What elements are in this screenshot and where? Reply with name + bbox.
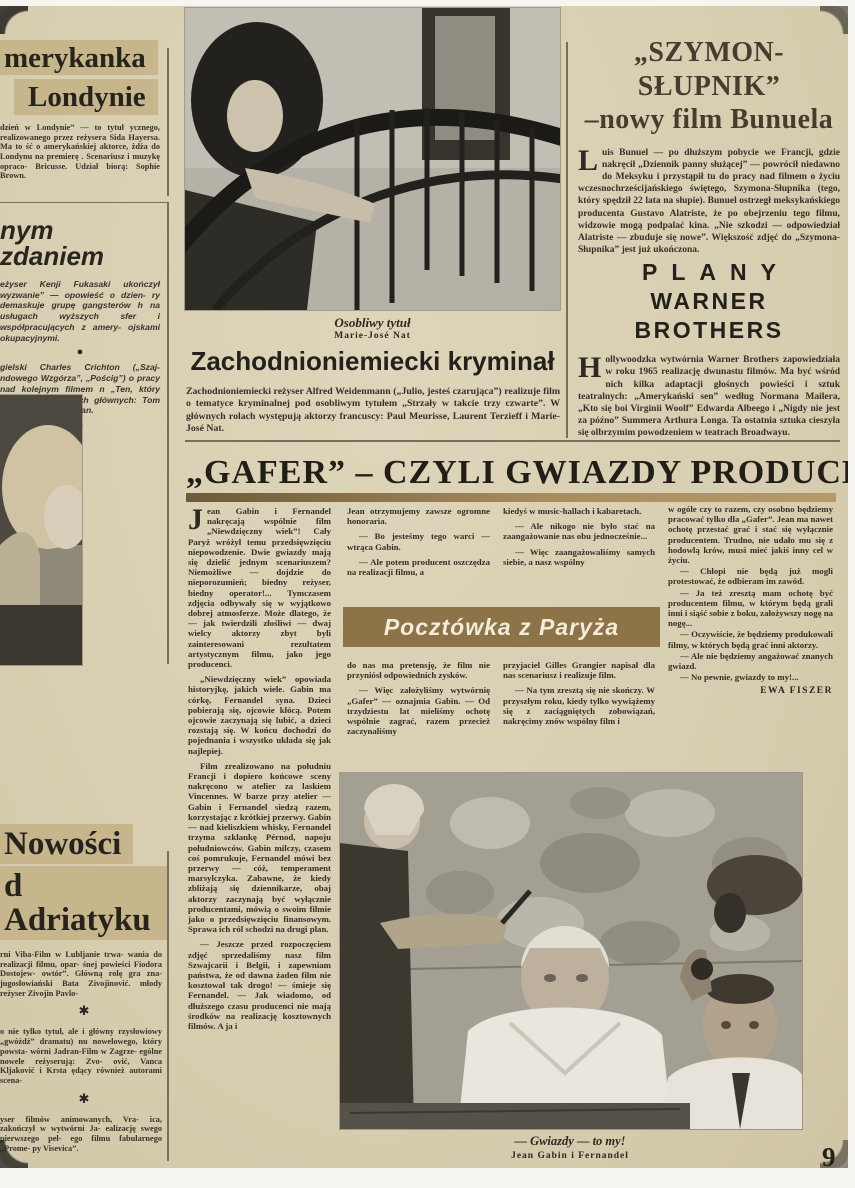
- headline-line: WARNER BROTHERS: [578, 287, 840, 345]
- article-body: yser filmów animowanych, Vra- ica, zakoń…: [0, 1115, 162, 1154]
- column-rule: [566, 42, 568, 438]
- badge-label: Pocztówka z Paryża: [384, 616, 619, 639]
- page-number: 9: [822, 1144, 836, 1168]
- column-rule: [167, 851, 169, 1161]
- article-text: ean Gabin i Fernandel nakręcają wspólnie…: [188, 506, 331, 669]
- photo-caption-name: Marie-José Nat: [185, 331, 560, 342]
- drop-cap: J: [188, 508, 203, 533]
- article-paragraph: w ogóle czy to razem, czy osobno będziem…: [668, 504, 833, 565]
- headline-line: –nowy film Bunuela: [578, 103, 840, 137]
- rubric-title: nym zdaniem: [0, 217, 160, 269]
- article-paragraph: — No pewnie, gwiazdy to my!...: [668, 672, 833, 682]
- gafer-column-1: Jean Gabin i Fernandel nakręcają wspólni…: [188, 506, 331, 1148]
- gafer-column-3-bottom: przyjaciel Gilles Grangier napisał dla n…: [503, 660, 655, 770]
- article-paragraph: przyjaciel Gilles Grangier napisał dla n…: [503, 660, 655, 680]
- star-separator: ✱: [0, 1092, 168, 1105]
- article-body: Hollywoodzka wytwórnia Warner Brothers z…: [578, 354, 840, 439]
- article-paragraph: — Na tym zresztą się nie skończy. W przy…: [503, 685, 655, 726]
- article-paragraph: — Chłopi nie będą już mogli protestować,…: [668, 566, 833, 586]
- gafer-column-2-top: Jean otrzymujemy zawsze ogromne honorari…: [347, 506, 490, 604]
- scanned-magazine-page: merykanka Londynie dzień w Londynie” — t…: [0, 6, 848, 1168]
- column-rule: [167, 48, 169, 196]
- article-text: uis Bunuel — po dłuższym pobycie we Fran…: [578, 148, 840, 255]
- article-paragraph: do nas ma pretensję, że film nie przynió…: [347, 660, 490, 680]
- drop-cap: L: [578, 149, 598, 174]
- article-paragraph: — Oczywiście, że będziemy produkowali fi…: [668, 629, 833, 649]
- article-title-line: merykanka: [0, 40, 158, 75]
- article-body: rni Viba-Film w Lubljanie trwa- wania do…: [0, 950, 162, 999]
- headline-line: „SZYMON-SŁUPNIK”: [578, 36, 840, 103]
- article-body: Zachodnioniemiecki reżyser Alfred Weiden…: [186, 386, 560, 435]
- photo-woman-profile: [0, 395, 82, 665]
- article-paragraph: — Więc założyliśmy wytwórnię „Gafer” — o…: [347, 685, 490, 736]
- article-body: dzień w Londynie” — to tytuł ycznego, re…: [0, 123, 160, 181]
- photo-caption-name: Jean Gabin i Fernandel: [420, 1150, 720, 1162]
- bullet-separator: ●: [0, 347, 160, 358]
- article-szymon-slupnik: „SZYMON-SŁUPNIK” –nowy film Bunuela Luis…: [578, 36, 840, 256]
- gafer-column-3-top: kiedyś w music-hallach i kabaretach. — A…: [503, 506, 655, 604]
- photo-caption-block: Osobliwy tytuł Marie-José Nat: [185, 315, 560, 342]
- gafer-column-4: w ogóle czy to razem, czy osobno będziem…: [668, 504, 833, 772]
- article-body: Luis Bunuel — po dłuższym pobycie we Fra…: [578, 147, 840, 256]
- star-separator: ✱: [0, 1004, 168, 1017]
- headline-line: PLANY: [578, 258, 840, 287]
- section-rule: [185, 440, 840, 442]
- photo-caption: — Gwiazdy — to my!: [420, 1134, 720, 1150]
- author-signature: EWA FISZER: [668, 686, 833, 697]
- article-paragraph: — Ja też zresztą mam ochotę być producen…: [668, 588, 833, 629]
- article-paragraph: — Więc zaangażowaliśmy samych siebie, a …: [503, 547, 655, 567]
- article-text: ollywoodzka wytwórnia Warner Brothers za…: [578, 355, 840, 438]
- article-title-line: Nowości: [0, 824, 133, 864]
- photo-woman-profile-art: [0, 395, 82, 665]
- article-paragraph: — Ale nikogo nie było stać na zaangażowa…: [503, 521, 655, 541]
- headline-underline-bar: [186, 493, 836, 502]
- drop-cap: H: [578, 356, 601, 381]
- article-nowosci-znad-adriatyku: Nowości d Adriatyku rni Viba-Film w Lubl…: [0, 824, 168, 1159]
- photo-caption-block: — Gwiazdy — to my! Jean Gabin i Fernande…: [420, 1134, 720, 1162]
- photo-marie-jose-nat: [185, 8, 560, 310]
- article-paragraph: kiedyś w music-hallach i kabaretach.: [503, 506, 655, 516]
- article-body: o nie tylko tytuł, ale i główny rzysłowi…: [0, 1027, 162, 1085]
- article-paragraph: „Niewdzięczny wiek” opowiada historyjkę,…: [188, 674, 331, 756]
- news-item: eżyser Kenji Fukasaki ukończył wyzwanie”…: [0, 279, 160, 343]
- headline-zachodnioniemiecki-kryminal: Zachodnioniemiecki kryminał: [185, 348, 560, 374]
- column-rule: [167, 202, 169, 664]
- article-title-line: Londynie: [14, 79, 158, 114]
- article-paragraph: — Bo jesteśmy tego warci — wtrąca Gabin.: [347, 531, 490, 551]
- article-paragraph: Jean otrzymujemy zawsze ogromne honorari…: [347, 506, 490, 526]
- rubric-badge-pocztowka-z-paryza: Pocztówka z Paryża: [343, 607, 660, 647]
- article-plany-warner-brothers: PLANY WARNER BROTHERS Hollywoodzka wytwó…: [578, 258, 840, 439]
- article-paragraph: — Jeszcze przed rozpoczęciem zdjęć sprze…: [188, 939, 331, 1031]
- photo-gabin-fernandel: [340, 773, 802, 1129]
- article-paragraph: — Ale potem producent oszczędza na reali…: [347, 557, 490, 577]
- headline-gafer: „GAFER” – CZYLI GWIAZDY PRODUCENTAMI: [186, 456, 848, 490]
- photo-gabin-fernandel-art: [340, 773, 802, 1129]
- article-paragraph: Jean Gabin i Fernandel nakręcają wspólni…: [188, 506, 331, 669]
- article-paragraph: — Ale nie będziemy angażować znanych gwi…: [668, 651, 833, 671]
- article-jednym-zdaniem: nym zdaniem eżyser Kenji Fukasaki ukończ…: [0, 202, 168, 396]
- article-amerykanka-w-londynie: merykanka Londynie dzień w Londynie” — t…: [0, 40, 164, 187]
- photo-caption: Osobliwy tytuł: [185, 315, 560, 331]
- gafer-column-2-bottom: do nas ma pretensję, że film nie przynió…: [347, 660, 490, 770]
- article-title-line: d Adriatyku: [0, 866, 168, 940]
- article-paragraph: Film zrealizowano na południu Francji i …: [188, 761, 331, 934]
- photo-marie-jose-nat-art: [185, 8, 560, 310]
